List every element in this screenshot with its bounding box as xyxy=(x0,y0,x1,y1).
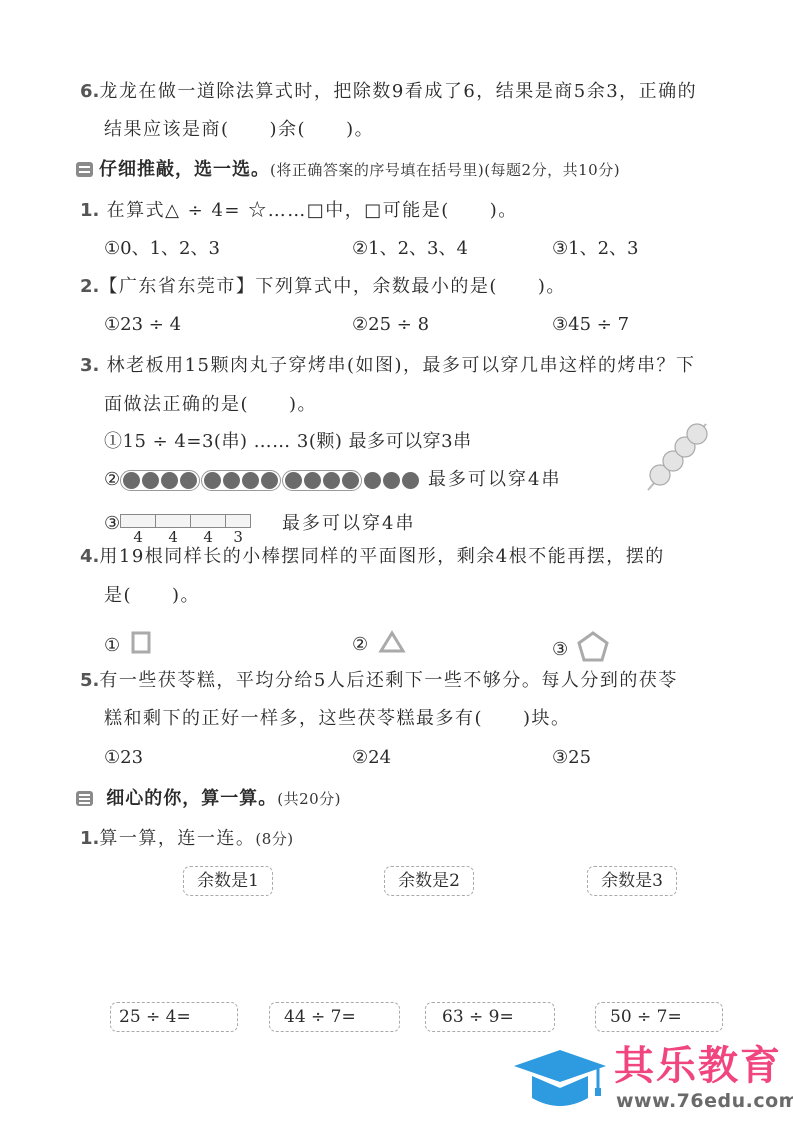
ball-group xyxy=(201,470,281,491)
square-sticks-icon xyxy=(130,630,152,656)
s2-q5-line2: 糕和剩下的正好一样多，这些茯苓糕最多有()块。 xyxy=(104,707,571,731)
s2-q2-text: 2.【广东省东莞市】下列算式中，余数最小的是()。 xyxy=(80,275,566,299)
option-3[interactable]: ③ 4443 xyxy=(104,512,251,536)
section-two-icon xyxy=(76,162,93,177)
option-1[interactable]: ①23 xyxy=(104,746,143,770)
s2-q5-line1: 5.有一些茯苓糕，平均分给5人后还剩下一些不够分。每人分到的茯苓 xyxy=(80,669,678,693)
s2-q3-line2: 面做法正确的是()。 xyxy=(104,393,317,417)
option-2[interactable]: ②24 xyxy=(352,746,391,770)
q6-line2: 结果应该是商()余()。 xyxy=(104,118,374,142)
option-1[interactable]: ①23 ÷ 4 xyxy=(104,313,181,337)
logo-watermark: 其乐教育 www.76edu.com xyxy=(510,1040,790,1116)
option-1[interactable]: ①0、1、2、3 xyxy=(104,237,220,261)
option-2[interactable]: ② xyxy=(104,468,420,492)
section-title: 细心的你，算一算。 xyxy=(106,788,277,809)
s2-q1-text: 1. 在算式△ ÷ 4= ☆……□中，□可能是()。 xyxy=(80,199,518,223)
remainder-box-2[interactable]: 余数是2 xyxy=(384,866,474,896)
question-number: 6. xyxy=(80,81,99,102)
ball-group xyxy=(120,470,200,491)
option-3[interactable]: ③25 xyxy=(552,746,591,770)
remainder-box-1[interactable]: 余数是1 xyxy=(183,866,273,896)
section-3-header: 细心的你，算一算。(共20分) xyxy=(76,787,341,811)
section-note: (共20分) xyxy=(277,790,341,808)
option-2[interactable]: ②25 ÷ 8 xyxy=(352,313,429,337)
equation-box-3[interactable]: 63 ÷ 9= xyxy=(425,1002,555,1032)
option-1[interactable]: ① xyxy=(104,630,152,658)
s2-q4-line1: 4.用19根同样长的小棒摆同样的平面图形，剩余4根不能再摆，摆的 xyxy=(80,545,665,569)
option-2[interactable]: ② xyxy=(352,630,406,657)
equation-box-1[interactable]: 25 ÷ 4= xyxy=(110,1002,238,1032)
equation-box-2[interactable]: 44 ÷ 7= xyxy=(269,1002,400,1032)
option-1[interactable]: ①15 ÷ 4=3(串) …… 3(颗) 最多可以穿3串 xyxy=(104,430,472,454)
option-3[interactable]: ③ xyxy=(552,630,610,664)
option-2[interactable]: ②1、2、3、4 xyxy=(352,237,468,261)
option-3-text: 最多可以穿4串 xyxy=(282,512,415,536)
s2-q4-line2: 是()。 xyxy=(104,584,200,608)
section-note: (将正确答案的序号填在括号里)(每题2分，共10分) xyxy=(270,161,620,179)
meatball-groups-diagram xyxy=(120,470,420,491)
section-title: 仔细推敲，选一选。 xyxy=(99,159,270,180)
logo-url: www.76edu.com xyxy=(616,1090,793,1112)
triangle-sticks-icon xyxy=(378,630,406,654)
remainder-box-3[interactable]: 余数是3 xyxy=(587,866,677,896)
equation-box-4[interactable]: 50 ÷ 7= xyxy=(595,1002,723,1032)
pentagon-sticks-icon xyxy=(576,630,610,664)
s2-q3-line1: 3. 林老板用15颗肉丸子穿烤串(如图)，最多可以穿几串这样的烤串？下 xyxy=(80,354,696,378)
section-three-icon xyxy=(76,791,93,806)
s3-q1-text: 1.算一算，连一连。(8分) xyxy=(80,827,294,851)
segment-bar-diagram: 4443 xyxy=(120,514,251,528)
option-3[interactable]: ③1、2、3 xyxy=(552,237,639,261)
section-2-header: 仔细推敲，选一选。(将正确答案的序号填在括号里)(每题2分，共10分) xyxy=(76,158,620,182)
option-3[interactable]: ③45 ÷ 7 xyxy=(552,313,629,337)
q6-line1: 6.龙龙在做一道除法算式时，把除数9看成了6，结果是商5余3，正确的 xyxy=(80,80,697,104)
graduation-cap-icon xyxy=(510,1048,610,1112)
option-2-text: 最多可以穿4串 xyxy=(428,468,561,492)
logo-name: 其乐教育 xyxy=(614,1044,782,1088)
skewer-image xyxy=(640,418,720,496)
ball-group xyxy=(282,470,362,491)
